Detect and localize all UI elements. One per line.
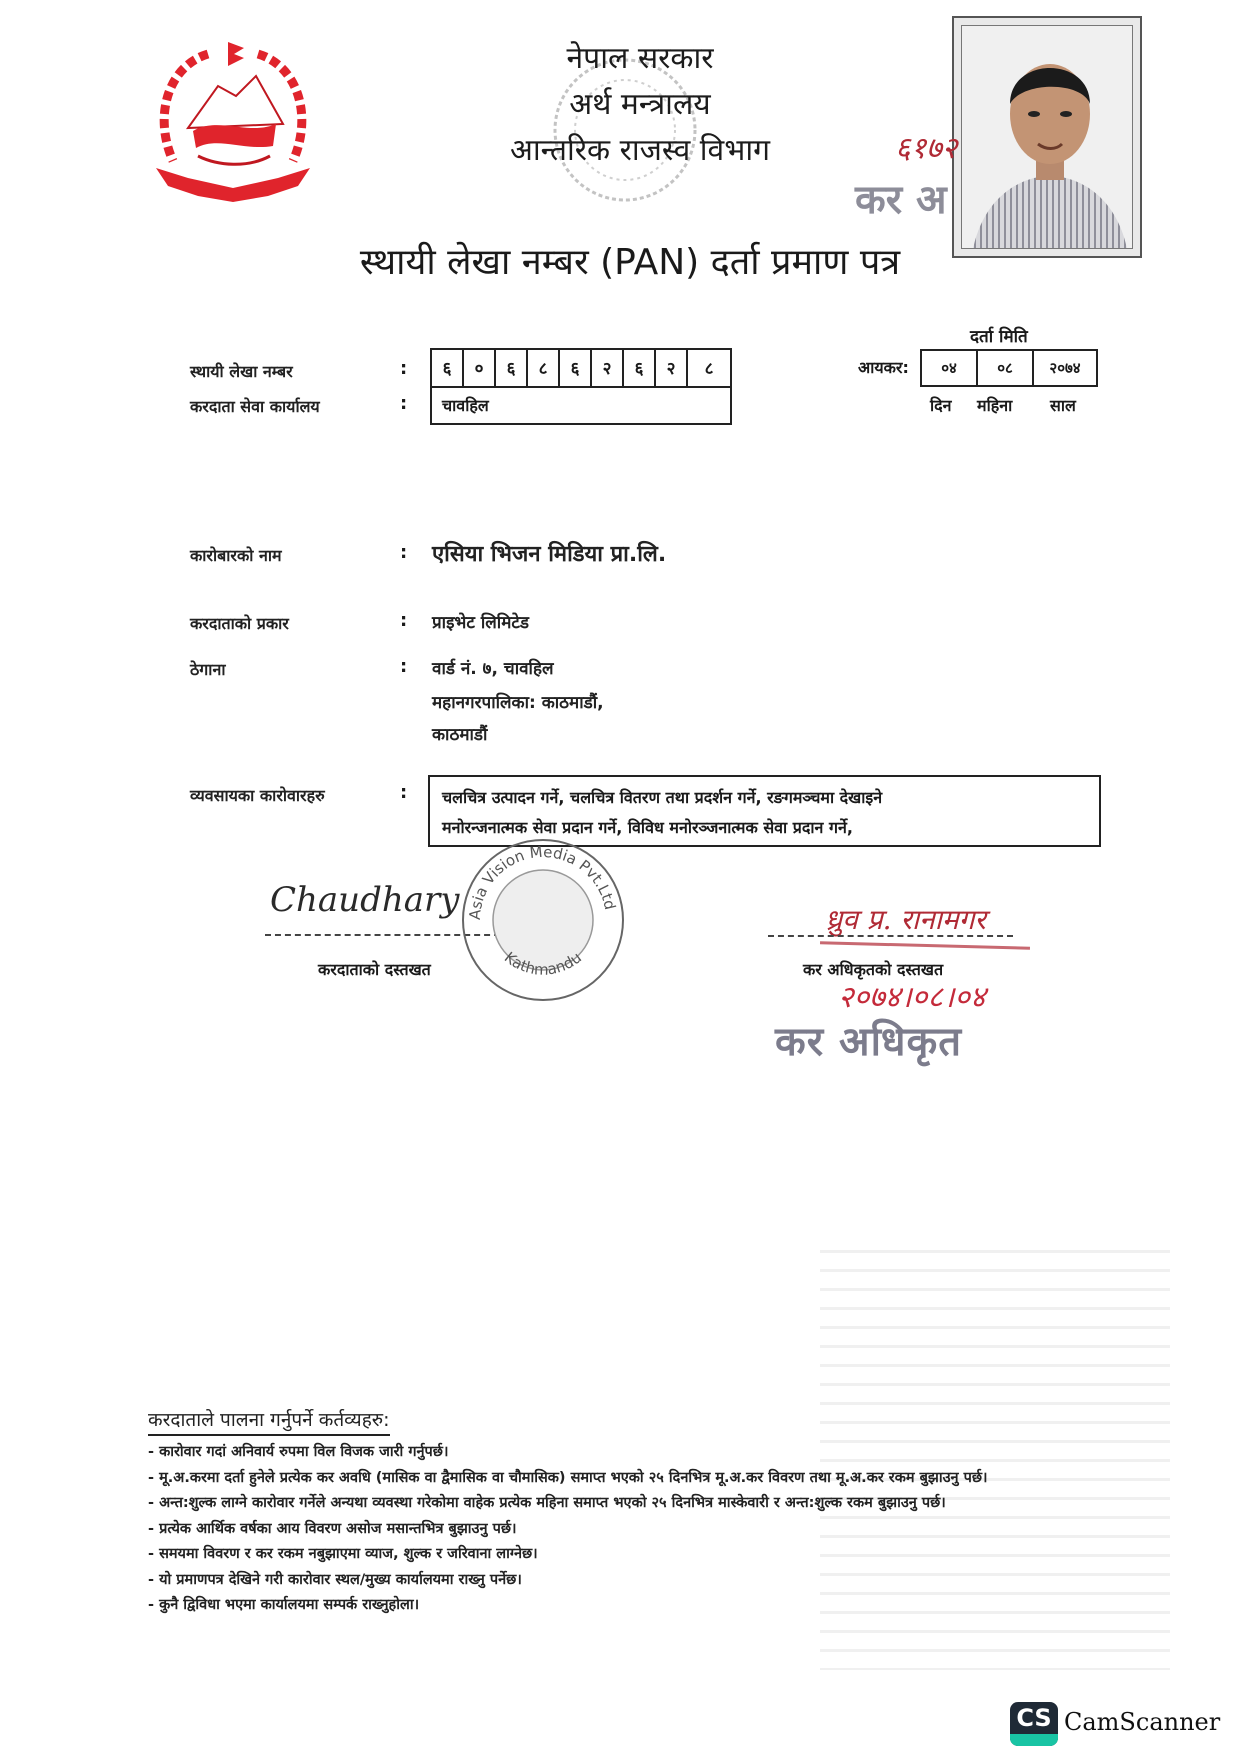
address-colon: : (400, 656, 407, 677)
handwritten-number: ६१७२ (895, 126, 957, 167)
header-department: आन्तरिक राजस्व विभाग (430, 128, 850, 169)
tax-officer-signature: ध्रुव प्र. रानामगर (825, 900, 986, 938)
date-month-label: महिना (977, 394, 1012, 416)
pan-digit: ६ (560, 350, 592, 386)
tax-officer-signature-stroke (820, 941, 1030, 949)
taxpayer-signature: Chaudhary (270, 880, 459, 920)
taxpayer-type-colon: : (400, 610, 407, 631)
date-day: ०४ (922, 351, 978, 385)
tax-officer-stamp-partial: कर अ (855, 170, 947, 225)
business-name-colon: : (400, 542, 407, 563)
tax-office-colon: : (400, 393, 407, 414)
taxpayer-photo (952, 16, 1142, 258)
camscanner-badge-text: CS (1010, 1704, 1058, 1732)
pan-digit: ६ (624, 350, 656, 386)
duty-item: - यो प्रमाणपत्र देखिने गरी कारोवार स्थल/… (148, 1568, 1148, 1594)
pan-digit: ६ (432, 350, 464, 386)
duty-item: - समयमा विवरण र कर रकम नबुझाएमा व्याज, श… (148, 1542, 1148, 1568)
camscanner-logo-icon: CS (1010, 1702, 1058, 1746)
date-year-label: साल (1050, 394, 1076, 416)
nepal-government-emblem-icon (148, 36, 318, 211)
company-seal-icon: Asia Vision Media Pvt.Ltd Kathmandu (458, 835, 628, 1005)
business-name-label: कारोबारको नाम (190, 544, 282, 566)
pan-digit: २ (592, 350, 624, 386)
registration-date-prefix: आयकर: (858, 356, 909, 378)
tax-office-value: चावहिल (442, 394, 489, 416)
duty-item: - मू.अ.करमा दर्ता हुनेले प्रत्येक कर अवध… (148, 1466, 1148, 1492)
address-label: ठेगाना (190, 658, 225, 680)
pan-digit: २ (656, 350, 688, 386)
duties-list: - कारोवार गदां अनिवार्य रुपमा विल विजक ज… (148, 1440, 1148, 1619)
activities-colon: : (400, 782, 407, 803)
activities-label: व्यवसायका कारोवारहरु (190, 784, 325, 806)
camscanner-watermark-text: CamScanner (1064, 1708, 1220, 1736)
registration-date-box: ०४ ०८ २०७४ (920, 349, 1098, 387)
pan-digit: ० (464, 350, 496, 386)
pan-colon: : (400, 358, 407, 379)
taxpayer-signature-label: करदाताको दस्तखत (318, 958, 431, 980)
pan-digit: ६ (496, 350, 528, 386)
date-day-label: दिन (930, 394, 952, 416)
header-ministry: अर्थ मन्त्रालय (430, 82, 850, 123)
pan-label: स्थायी लेखा नम्बर (190, 360, 293, 382)
registration-date-heading: दर्ता मिति (970, 324, 1028, 347)
pan-digits: ६ ० ६ ८ ६ २ ६ २ ८ (432, 350, 730, 388)
business-name-value: एसिया भिजन मिडिया प्रा.लि. (432, 538, 666, 568)
duty-item: - कारोवार गदां अनिवार्य रुपमा विल विजक ज… (148, 1440, 1148, 1466)
person-photo-icon (962, 26, 1133, 249)
taxpayer-type-label: करदाताको प्रकार (190, 612, 289, 634)
header-government: नेपाल सरकार (430, 36, 850, 77)
date-month: ०८ (978, 351, 1034, 385)
duty-item: - कुनै द्विविधा भएमा कार्यालयमा सम्पर्क … (148, 1593, 1148, 1619)
activities-line1: चलचित्र उत्पादन गर्ने, चलचित्र वितरण तथा… (442, 783, 1087, 813)
certificate-title: स्थायी लेखा नम्बर (PAN) दर्ता प्रमाण पत्… (300, 236, 960, 285)
duty-item: - अन्त:शुल्क लाग्ने कारोवार गर्नेले अन्य… (148, 1491, 1148, 1517)
tax-office-label: करदाता सेवा कार्यालय (190, 395, 320, 417)
address-line3: काठमाडौं (432, 722, 487, 745)
pan-digit: ८ (688, 350, 730, 386)
pan-digit: ८ (528, 350, 560, 386)
address-line2: महानगरपालिका: काठमाडौं, (432, 690, 604, 713)
pan-box: ६ ० ६ ८ ६ २ ६ २ ८ चावहिल (430, 348, 732, 425)
date-year: २०७४ (1034, 351, 1096, 385)
tax-officer-stamp: कर अधिकृत (775, 1012, 962, 1067)
duty-item: - प्रत्येक आर्थिक वर्षका आय विवरण असोज म… (148, 1517, 1148, 1543)
duties-heading: करदाताले पालना गर्नुपर्ने कर्तव्यहरु: (148, 1406, 390, 1436)
tax-officer-signature-date: २०७४।०८।०४ (838, 975, 986, 1016)
tax-officer-signature-line (768, 935, 1013, 937)
taxpayer-type-value: प्राइभेट लिमिटेड (432, 610, 529, 633)
address-line1: वार्ड नं. ७, चावहिल (432, 656, 554, 679)
